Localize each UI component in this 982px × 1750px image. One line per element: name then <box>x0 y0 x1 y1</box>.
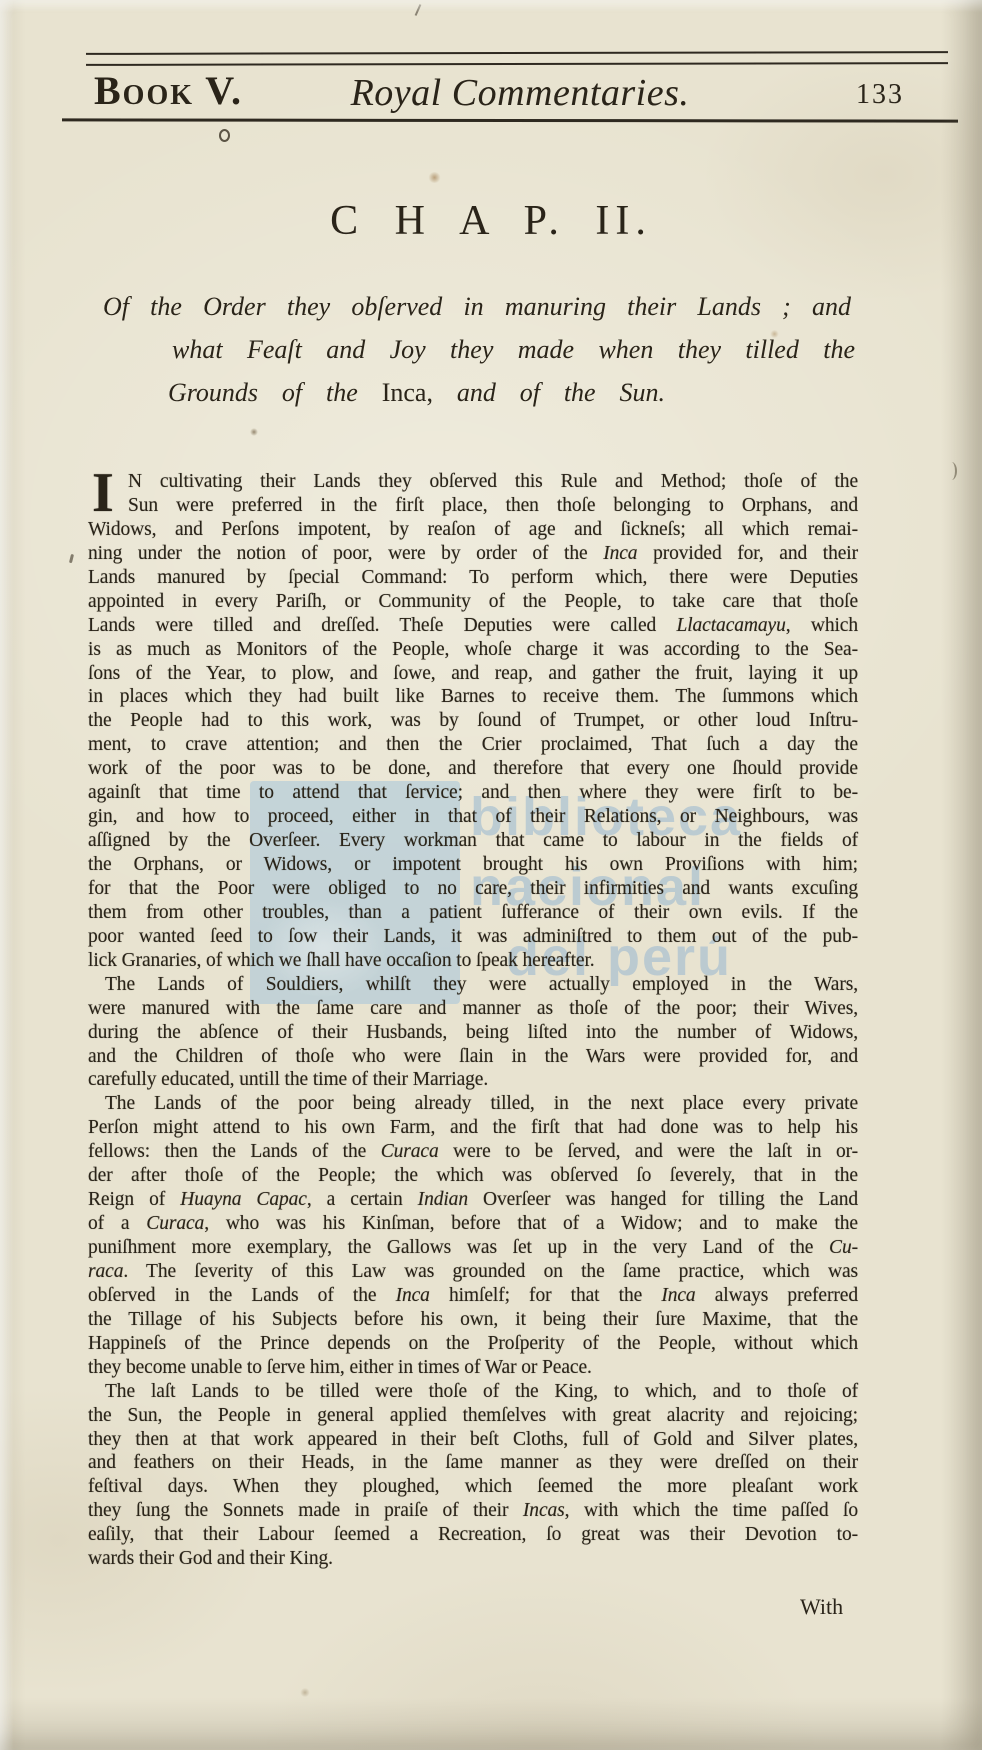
text-line: The Lands of Souldiers, whilſt they were… <box>88 973 858 997</box>
text-line: for that the Poor were obliged to no car… <box>88 877 858 901</box>
text-line: the Orphans, or Widows, or impotent brou… <box>88 853 858 877</box>
catchword: With <box>800 1594 843 1620</box>
chapter-argument-line: Grounds of the Inca, and of the Sun. <box>168 378 665 408</box>
paper-stain <box>770 330 779 338</box>
text-line: the Sun, the People in general applied t… <box>88 1404 858 1428</box>
text-line: them from other troubles, than a patient… <box>88 901 858 925</box>
text-line: obſerved in the Lands of the Inca himſel… <box>88 1284 858 1308</box>
text-line: gin, and how to proceed, either in that … <box>88 805 858 829</box>
text-line: eaſily, that their Labour ſeemed a Recre… <box>88 1523 858 1547</box>
text-line: the People had to this work, was by ſoun… <box>88 709 858 733</box>
text-line: of a Curaca, who was his Kinſman, before… <box>88 1212 858 1236</box>
chapter-argument-line: Of the Order they obſerved in manuring t… <box>103 292 851 322</box>
text-line: Reign of Huayna Capac, a certain Indian … <box>88 1188 858 1212</box>
text-line: in places which they had built like Barn… <box>88 685 858 709</box>
text-line: the Tillage of his Subjects before his o… <box>88 1308 858 1332</box>
text-line: lick Granaries, of which we ſhall have o… <box>88 949 858 973</box>
chapter-heading: C H A P. II. <box>0 198 982 244</box>
ink-speck <box>69 554 74 563</box>
text-line: feſtival days. When they ploughed, which… <box>88 1475 858 1499</box>
text-line: fellows: then the Lands of the Curaca we… <box>88 1140 858 1164</box>
running-title: Royal Commentaries. <box>330 72 710 114</box>
text-line: The Lands of the poor being already till… <box>88 1092 858 1116</box>
text-line: againſt that time to attend that ſervice… <box>88 781 858 805</box>
text-line: were manured with the ſame care and mann… <box>88 997 858 1021</box>
text-line: during the abſence of their Husbands, be… <box>88 1021 858 1045</box>
book-label: Book V. <box>94 70 243 112</box>
text-line: they become unable to ſerve him, either … <box>88 1356 858 1380</box>
text-line: Widows, and Perſons impotent, by reaſon … <box>88 518 858 542</box>
text-line: ning under the notion of poor, were by o… <box>88 542 858 566</box>
text-line: they then at that work appeared in their… <box>88 1428 858 1452</box>
header-rule-bottom <box>62 118 958 122</box>
text-line: Lands were tilled and dreſſed. Theſe Dep… <box>88 614 858 638</box>
text-line: The laſt Lands to be tilled were thoſe o… <box>88 1380 858 1404</box>
text-line: Lands manured by ſpecial Command: To per… <box>88 566 858 590</box>
text-line: ſons of the Year, to plow, and ſowe, and… <box>88 662 858 686</box>
text-line: they ſung the Sonnets made in praiſe of … <box>88 1499 858 1523</box>
text-line: N cultivating their Lands they obſerved … <box>128 470 858 494</box>
paper-stain <box>428 172 441 183</box>
text-line: Perſon might attend to his own Farm, and… <box>88 1116 858 1140</box>
text-line: wards their God and their King. <box>88 1547 858 1571</box>
paper-stain <box>250 428 258 436</box>
text-line: appointed in every Pariſh, or Community … <box>88 590 858 614</box>
text-line: Sun were preferred in the firſt place, t… <box>128 494 858 518</box>
text-line: carefully educated, untill the time of t… <box>88 1068 858 1092</box>
ink-speck <box>219 129 230 142</box>
text-line: der after thoſe of the People; the which… <box>88 1164 858 1188</box>
ink-speck <box>946 462 957 480</box>
text-line: Happineſs of the Prince depends on the P… <box>88 1332 858 1356</box>
text-line: and the Children of thoſe who were ſlain… <box>88 1045 858 1069</box>
page-number: 133 <box>856 80 904 110</box>
body-text: N cultivating their Lands they obſerved … <box>88 470 858 1571</box>
book-page: biblioteca nacional del perú Book V. Roy… <box>0 0 982 1750</box>
text-line: raca. The ſeverity of this Law was groun… <box>88 1260 858 1284</box>
text-line: puniſhment more exemplary, the Gallows w… <box>88 1236 858 1260</box>
text-line: poor wanted ſeed to ſow their Lands, it … <box>88 925 858 949</box>
text-line: ment, to crave attention; and then the C… <box>88 733 858 757</box>
paper-stain <box>300 1688 310 1697</box>
text-line: and feathers on their Heads, in the ſame… <box>88 1451 858 1475</box>
text-line: work of the poor was to be done, and the… <box>88 757 858 781</box>
text-line: is as much as Monitors of the People, wh… <box>88 638 858 662</box>
header-rule-top <box>86 51 948 66</box>
chapter-argument-line: what Feaſt and Joy they made when they t… <box>172 335 855 365</box>
ink-speck <box>415 4 422 16</box>
text-line: aſſigned by the Overſeer. Every workman … <box>88 829 858 853</box>
